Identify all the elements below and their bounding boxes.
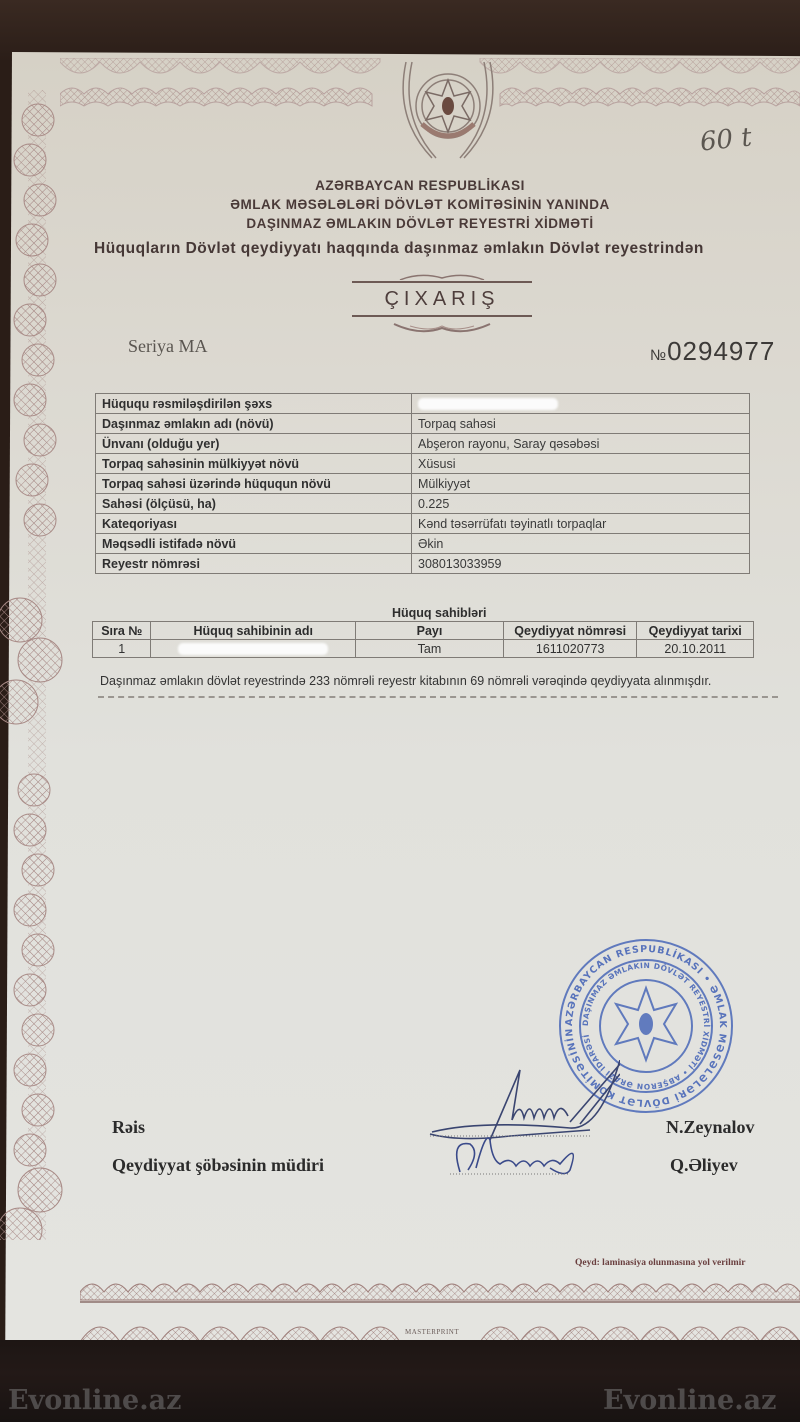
info-value: Xüsusi bbox=[412, 454, 750, 474]
number-prefix: № bbox=[650, 347, 667, 364]
watermark-right: Evonline.az bbox=[603, 1385, 776, 1416]
info-label: Reyestr nömrəsi bbox=[96, 554, 412, 574]
owners-title: Hüquq sahibləri bbox=[392, 606, 486, 620]
owners-column-header: Hüquq sahibinin adı bbox=[151, 622, 356, 640]
owner-name bbox=[151, 640, 356, 658]
redacted-field bbox=[178, 643, 328, 655]
printer-mark: MASTERPRINT bbox=[405, 1328, 459, 1336]
signatory-name-chief: N.Zeynalov bbox=[666, 1117, 755, 1138]
registry-note: Daşınmaz əmlakın dövlət reyestrində 233 … bbox=[100, 674, 711, 688]
signatory-role-chief: Rəis bbox=[112, 1117, 145, 1138]
guilloche-border-left bbox=[0, 90, 80, 1240]
document-title: ÇIXARIŞ bbox=[352, 286, 532, 312]
owners-table: Sıra №Hüquq sahibinin adıPayıQeydiyyat n… bbox=[92, 621, 754, 658]
signatory-role-registration-head: Qeydiyyat şöbəsinin müdiri bbox=[112, 1155, 324, 1176]
info-value: Kənd təsərrüfatı təyinatlı torpaqlar bbox=[412, 514, 750, 534]
info-value bbox=[412, 394, 750, 414]
info-row: Torpaq sahəsi üzərində hüququn növüMülki… bbox=[96, 474, 750, 494]
info-row: Reyestr nömrəsi308013033959 bbox=[96, 554, 750, 574]
info-value: Əkin bbox=[412, 534, 750, 554]
info-value: Torpaq sahəsi bbox=[412, 414, 750, 434]
header-line-1: AZƏRBAYCAN RESPUBLİKASI bbox=[20, 178, 800, 193]
info-label: Hüququ rəsmiləşdirilən şəxs bbox=[96, 394, 412, 414]
owners-column-header: Qeydiyyat tarixi bbox=[637, 622, 754, 640]
owner-index: 1 bbox=[93, 640, 151, 658]
document-subtitle: Hüquqların Dövlət qeydiyyatı haqqında da… bbox=[94, 240, 800, 258]
info-value: Mülkiyyət bbox=[412, 474, 750, 494]
owner-share: Tam bbox=[356, 640, 504, 658]
info-label: Ünvanı (olduğu yer) bbox=[96, 434, 412, 454]
info-label: Torpaq sahəsinin mülkiyyət növü bbox=[96, 454, 412, 474]
title-flourish-bottom-icon bbox=[380, 322, 504, 336]
info-row: KateqoriyasıKənd təsərrüfatı təyinatlı t… bbox=[96, 514, 750, 534]
info-label: Torpaq sahəsi üzərində hüququn növü bbox=[96, 474, 412, 494]
info-row: Ünvanı (olduğu yer)Abşeron rayonu, Saray… bbox=[96, 434, 750, 454]
info-value: Abşeron rayonu, Saray qəsəbəsi bbox=[412, 434, 750, 454]
series-label: Seriya MA bbox=[128, 336, 208, 357]
handwritten-note: 60 t bbox=[699, 122, 754, 157]
info-row: Hüququ rəsmiləşdirilən şəxs bbox=[96, 394, 750, 414]
number-value: 0294977 bbox=[667, 336, 775, 366]
signatory-name-registration-head: Q.Əliyev bbox=[670, 1155, 738, 1176]
info-row: Məqsədli istifadə növüƏkin bbox=[96, 534, 750, 554]
watermark-left: Evonline.az bbox=[8, 1385, 181, 1416]
info-row: Torpaq sahəsinin mülkiyyət növüXüsusi bbox=[96, 454, 750, 474]
property-info-table: Hüququ rəsmiləşdirilən şəxsDaşınmaz əmla… bbox=[95, 393, 750, 574]
desk-background-top bbox=[0, 0, 800, 60]
info-label: Sahəsi (ölçüsü, ha) bbox=[96, 494, 412, 514]
owner-reg-number: 1611020773 bbox=[503, 640, 637, 658]
info-row: Daşınmaz əmlakın adı (növü)Torpaq sahəsi bbox=[96, 414, 750, 434]
dashed-divider bbox=[98, 696, 778, 698]
lamination-note: Qeyd: laminasiya olunmasına yol verilmir bbox=[575, 1258, 745, 1268]
owners-column-header: Sıra № bbox=[93, 622, 151, 640]
header-line-3: DAŞINMAZ ƏMLAKIN DÖVLƏT REYESTRİ XİDMƏTİ bbox=[20, 216, 800, 231]
header-line-2: ƏMLAK MƏSƏLƏLƏRİ DÖVLƏT KOMİTƏSİNİN YANI… bbox=[20, 197, 800, 212]
info-value: 0.225 bbox=[412, 494, 750, 514]
owner-reg-date: 20.10.2011 bbox=[637, 640, 754, 658]
redacted-field bbox=[418, 398, 558, 410]
owners-row: 1Tam161102077320.10.2011 bbox=[93, 640, 754, 658]
info-row: Sahəsi (ölçüsü, ha)0.225 bbox=[96, 494, 750, 514]
info-value: 308013033959 bbox=[412, 554, 750, 574]
document-number: №0294977 bbox=[650, 336, 775, 367]
info-label: Kateqoriyası bbox=[96, 514, 412, 534]
info-label: Daşınmaz əmlakın adı (növü) bbox=[96, 414, 412, 434]
signature-scribbles-icon bbox=[420, 1060, 620, 1180]
owners-column-header: Qeydiyyat nömrəsi bbox=[503, 622, 637, 640]
info-label: Məqsədli istifadə növü bbox=[96, 534, 412, 554]
state-emblem-icon bbox=[392, 58, 504, 164]
owners-column-header: Payı bbox=[356, 622, 504, 640]
